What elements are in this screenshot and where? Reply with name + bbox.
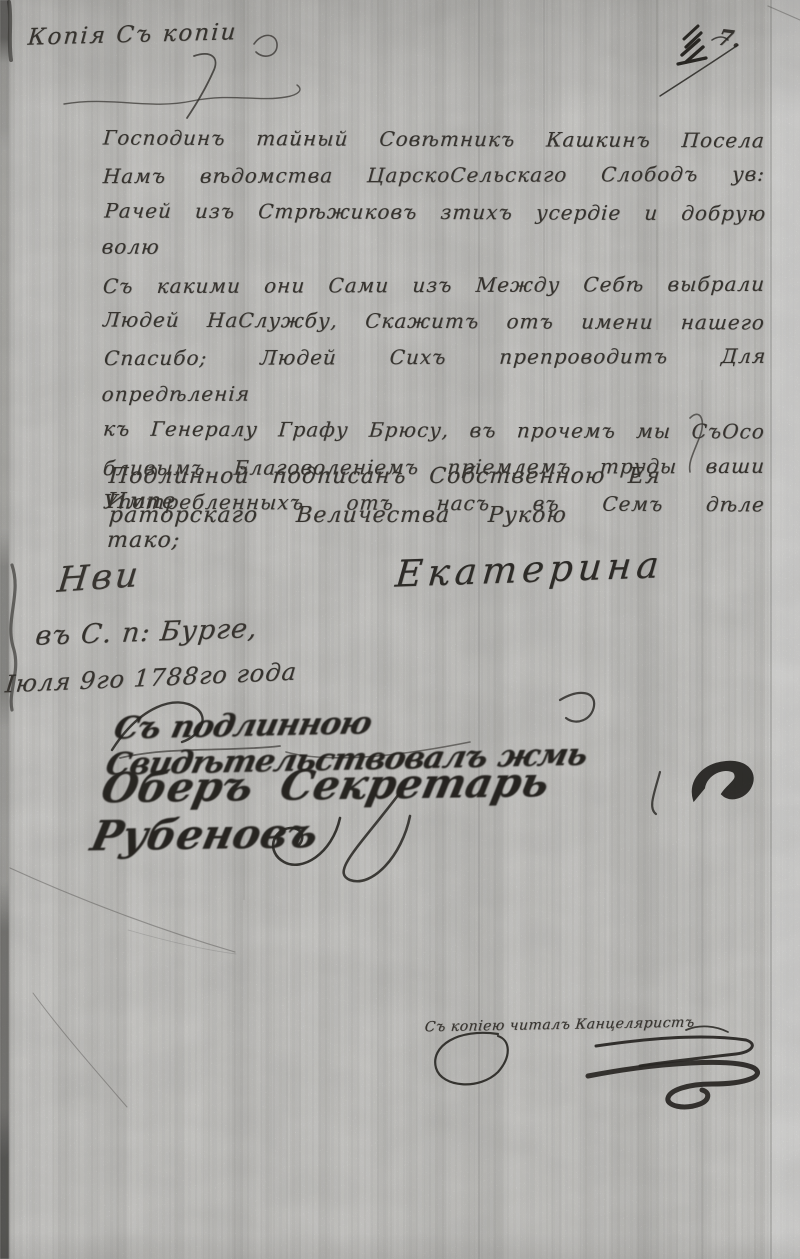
body-line: Намъ вѣдомства ЦарскоСельскаго Слободъ у… bbox=[102, 156, 767, 195]
body-line: Съ какими они Сами изъ Между Себѣ выбрал… bbox=[102, 265, 767, 304]
scratch-marks-icon bbox=[10, 868, 236, 1107]
body-paragraph: Господинъ тайный Совѣтникъ Кашкинъ Посел… bbox=[103, 121, 765, 521]
attestation-line: раторскаго Величества Рукою тако; bbox=[106, 503, 567, 553]
clerk-paraph-icon bbox=[435, 1026, 757, 1107]
body-line: Господинъ тайный Совѣтникъ Кашкинъ Посел… bbox=[102, 120, 766, 159]
imperial-signature: Екатерина bbox=[394, 543, 666, 595]
top-edge-shade bbox=[0, 0, 800, 115]
body-line: къ Генералу Графу Брюсу, въ прочемъ мы С… bbox=[102, 411, 766, 450]
copy-label: Копiя Съ копiи bbox=[27, 19, 239, 50]
folio-number: 7. bbox=[715, 25, 743, 54]
certification-line-2: Оберъ Секретарь Рубеновъ bbox=[87, 756, 735, 861]
bottom-edge-shade bbox=[0, 1233, 800, 1259]
body-line: Рачей изъ Стрѣжиковъ зтихъ усердiе и доб… bbox=[100, 192, 767, 268]
binding-edge bbox=[0, 0, 9, 1259]
corner-cut-icon bbox=[768, 6, 800, 20]
margin-mark: Нви bbox=[55, 555, 142, 601]
body-line: Спасибо; Людей Сихъ препроводитъ Для опр… bbox=[101, 338, 768, 413]
body-line: Людей НаСлужбу, Скажитъ отъ имени нашего bbox=[102, 302, 766, 341]
manuscript-scan-page: Копiя Съ копiи 7. Господинъ тайный Совѣт… bbox=[0, 0, 800, 1259]
page-fold-line bbox=[770, 0, 772, 1259]
binding-mark-icon bbox=[9, 2, 16, 710]
date-line: Iюля 9го 1788го года bbox=[4, 658, 298, 699]
place-line: въ С. п: Бурге, bbox=[34, 613, 259, 652]
clerk-note: Съ копiею читалъ Канцеляристъ bbox=[424, 1015, 695, 1036]
